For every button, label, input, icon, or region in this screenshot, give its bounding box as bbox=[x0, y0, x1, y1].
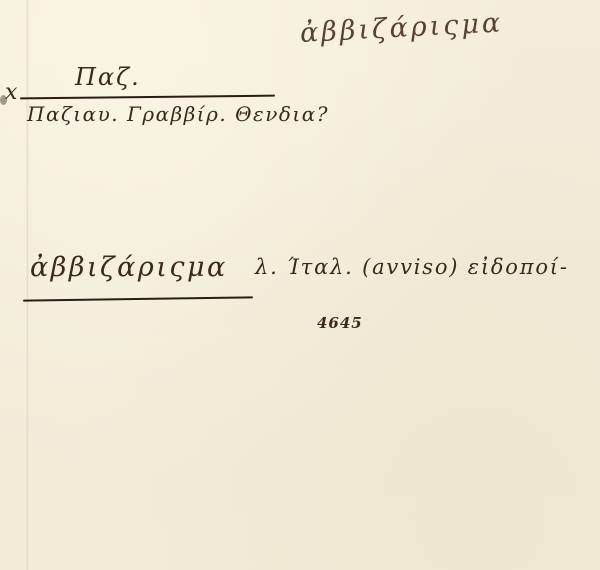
entry-definition: λ. Ίταλ. (avviso) εἰδοποί- bbox=[255, 255, 569, 279]
fraction-numerator: Παζ. bbox=[75, 63, 141, 91]
paper-crease bbox=[26, 0, 29, 570]
entry-headword: ἀββιζάριςμα bbox=[30, 252, 228, 283]
reference-number: 4645 bbox=[317, 314, 363, 332]
document-page: ἀββιζάριςμα x Παζ. Παζιαυ. Γραββίρ. Θενδ… bbox=[0, 0, 600, 570]
fraction-rule bbox=[20, 95, 275, 100]
top-right-heading: ἀββιζάριςμα bbox=[299, 7, 504, 49]
margin-mark: x bbox=[5, 80, 18, 105]
fraction-denominator: Παζιαυ. Γραββίρ. Θενδια? bbox=[27, 102, 329, 126]
headword-underline bbox=[23, 296, 253, 301]
